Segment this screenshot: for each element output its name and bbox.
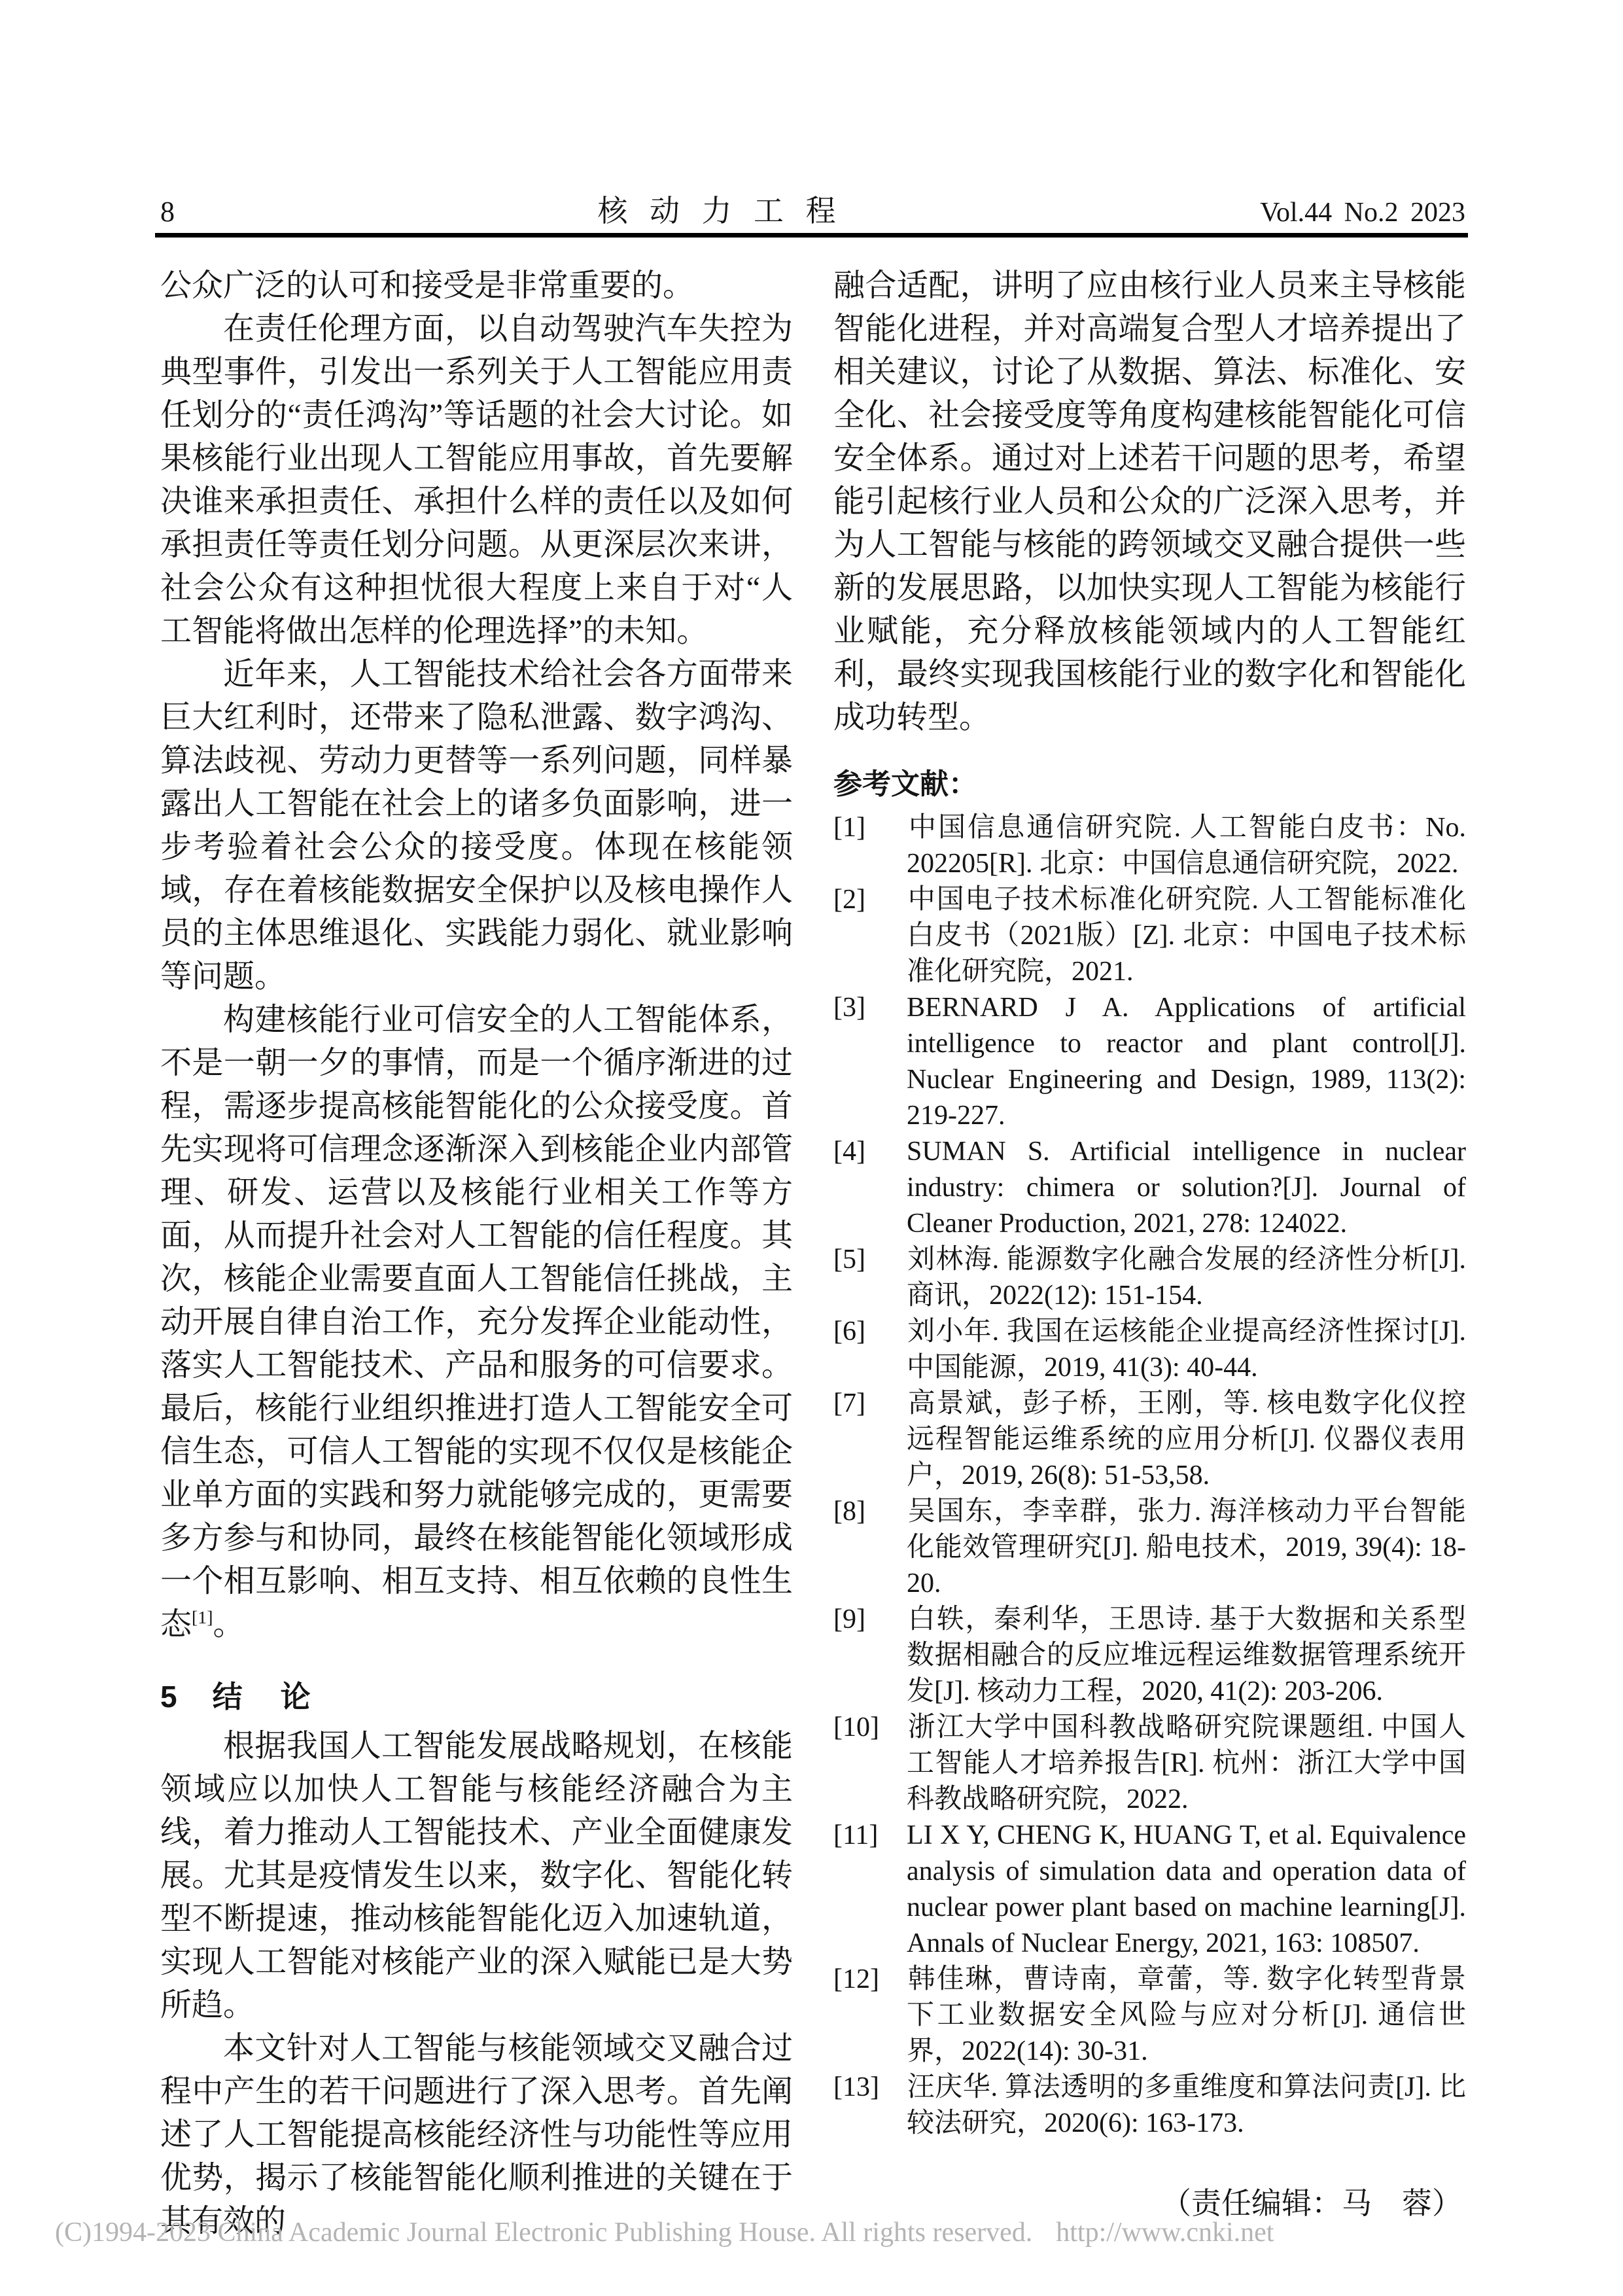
reference-text: LI X Y, CHENG K, HUANG T, et al. Equival… (907, 1820, 1466, 1958)
reference-number: [11] (833, 1818, 907, 1854)
journal-page: 8 核 动 力 工 程 Vol.44 No.2 2023 公众广泛的认可和接受是… (0, 0, 1623, 2296)
body-paragraph: 公众广泛的认可和接受是非常重要的。 (160, 264, 793, 308)
references-heading: 参考文献： (833, 767, 1466, 802)
reference-item: [9]白轶，秦利华，王思诗. 基于大数据和关系型数据相融合的反应堆远程运维数据管… (833, 1602, 1466, 1710)
reference-number: [4] (833, 1134, 907, 1170)
reference-item: [10]浙江大学中国科教战略研究院课题组. 中国人工智能人才培养报告[R]. 杭… (833, 1710, 1466, 1818)
paragraph-tail: 。 (213, 1607, 244, 1642)
reference-text: 中国信息通信研究院. 人工智能白皮书：No. 202205[R]. 北京：中国信… (907, 813, 1466, 879)
reference-item: [6]刘小年. 我国在运核能企业提高经济性探讨[J]. 中国能源，2019, 4… (833, 1314, 1466, 1386)
body-paragraph: 融合适配，讲明了应由核行业人员来主导核能智能化进程，并对高端复合型人才培养提出了… (833, 264, 1466, 739)
reference-item: [1]中国信息通信研究院. 人工智能白皮书：No. 202205[R]. 北京：… (833, 810, 1466, 882)
reference-number: [9] (833, 1602, 907, 1638)
references-list: [1]中国信息通信研究院. 人工智能白皮书：No. 202205[R]. 北京：… (833, 810, 1466, 2142)
reference-text: 高景斌，彭子桥，王刚，等. 核电数字化仪控远程智能运维系统的应用分析[J]. 仪… (907, 1388, 1466, 1491)
reference-text: SUMAN S. Artificial intelligence in nucl… (907, 1137, 1466, 1239)
page-footer: (C)1994-2023 China Academic Journal Elec… (55, 2217, 1573, 2248)
journal-title: 核 动 力 工 程 (598, 187, 837, 230)
reference-item: [4]SUMAN S. Artificial intelligence in n… (833, 1134, 1466, 1242)
reference-number: [10] (833, 1710, 907, 1746)
header-rule (155, 233, 1468, 238)
reference-text: 吴国东，李幸群，张力. 海洋核动力平台智能化能效管理研究[J]. 船电技术，20… (907, 1496, 1466, 1598)
paragraph-text: 构建核能行业可信安全的人工智能体系，不是一朝一夕的事情，而是一个循序渐进的过程，… (160, 1002, 793, 1642)
body-paragraph: 根据我国人工智能发展战略规划，在核能领域应以加快人工智能与核能经济融合为主线，着… (160, 1725, 793, 2027)
section-number: 5 (160, 1680, 177, 1714)
body-paragraph: 构建核能行业可信安全的人工智能体系，不是一朝一夕的事情，而是一个循序渐进的过程，… (160, 998, 793, 1646)
page-number: 8 (160, 195, 175, 228)
reference-text: 浙江大学中国科教战略研究院课题组. 中国人工智能人才培养报告[R]. 杭州：浙江… (907, 1712, 1466, 1814)
reference-text: 韩佳琳，曹诗南，章蕾，等. 数字化转型背景下工业数据安全风险与应对分析[J]. … (907, 1964, 1466, 2066)
reference-number: [6] (833, 1314, 907, 1350)
reference-number: [7] (833, 1386, 907, 1422)
copyright-text: (C)1994-2023 China Academic Journal Elec… (55, 2217, 1032, 2248)
article-body: 公众广泛的认可和接受是非常重要的。 在责任伦理方面，以自动驾驶汽车失控为典型事件… (160, 264, 1466, 2243)
page-header: 8 核 动 力 工 程 Vol.44 No.2 2023 (160, 187, 1465, 230)
reference-text: 中国电子技术标准化研究院. 人工智能标准化白皮书（2021版）[Z]. 北京：中… (907, 885, 1466, 987)
reference-item: [7]高景斌，彭子桥，王刚，等. 核电数字化仪控远程智能运维系统的应用分析[J]… (833, 1386, 1466, 1494)
reference-item: [8]吴国东，李幸群，张力. 海洋核动力平台智能化能效管理研究[J]. 船电技术… (833, 1494, 1466, 1602)
section-heading-conclusion: 5结 论 (160, 1678, 793, 1716)
reference-number: [1] (833, 810, 907, 846)
reference-text: 白轶，秦利华，王思诗. 基于大数据和关系型数据相融合的反应堆远程运维数据管理系统… (907, 1604, 1466, 1706)
reference-item: [3]BERNARD J A. Applications of artifici… (833, 990, 1466, 1134)
body-paragraph: 近年来，人工智能技术给社会各方面带来巨大红利时，还带来了隐私泄露、数字鸿沟、算法… (160, 653, 793, 998)
issue-info: Vol.44 No.2 2023 (1260, 197, 1465, 228)
citation-superscript: [1] (192, 1608, 213, 1628)
body-paragraph: 在责任伦理方面，以自动驾驶汽车失控为典型事件，引发出一系列关于人工智能应用责任划… (160, 308, 793, 653)
reference-item: [5]刘林海. 能源数字化融合发展的经济性分析[J]. 商讯，2022(12):… (833, 1242, 1466, 1314)
reference-number: [2] (833, 882, 907, 918)
reference-item: [13]汪庆华. 算法透明的多重维度和算法问责[J]. 比较法研究，2020(6… (833, 2070, 1466, 2142)
reference-text: 汪庆华. 算法透明的多重维度和算法问责[J]. 比较法研究，2020(6): 1… (907, 2072, 1466, 2138)
body-paragraph: 本文针对人工智能与核能领域交叉融合过程中产生的若干问题进行了深入思考。首先阐述了… (160, 2027, 793, 2243)
reference-text: 刘小年. 我国在运核能企业提高经济性探讨[J]. 中国能源，2019, 41(3… (907, 1316, 1466, 1383)
reference-number: [12] (833, 1962, 907, 1998)
reference-number: [8] (833, 1494, 907, 1530)
reference-item: [2]中国电子技术标准化研究院. 人工智能标准化白皮书（2021版）[Z]. 北… (833, 882, 1466, 990)
reference-number: [5] (833, 1242, 907, 1278)
reference-item: [12]韩佳琳，曹诗南，章蕾，等. 数字化转型背景下工业数据安全风险与应对分析[… (833, 1962, 1466, 2070)
right-column: 融合适配，讲明了应由核行业人员来主导核能智能化进程，并对高端复合型人才培养提出了… (833, 264, 1466, 2243)
reference-item: [11]LI X Y, CHENG K, HUANG T, et al. Equ… (833, 1818, 1466, 1962)
reference-text: BERNARD J A. Applications of artificial … (907, 993, 1466, 1131)
left-column: 公众广泛的认可和接受是非常重要的。 在责任伦理方面，以自动驾驶汽车失控为典型事件… (160, 264, 793, 2243)
footer-url: http://www.cnki.net (1056, 2217, 1274, 2248)
reference-number: [3] (833, 990, 907, 1026)
section-title: 结 论 (213, 1680, 315, 1714)
reference-number: [13] (833, 2070, 907, 2106)
reference-text: 刘林海. 能源数字化融合发展的经济性分析[J]. 商讯，2022(12): 15… (907, 1245, 1466, 1311)
